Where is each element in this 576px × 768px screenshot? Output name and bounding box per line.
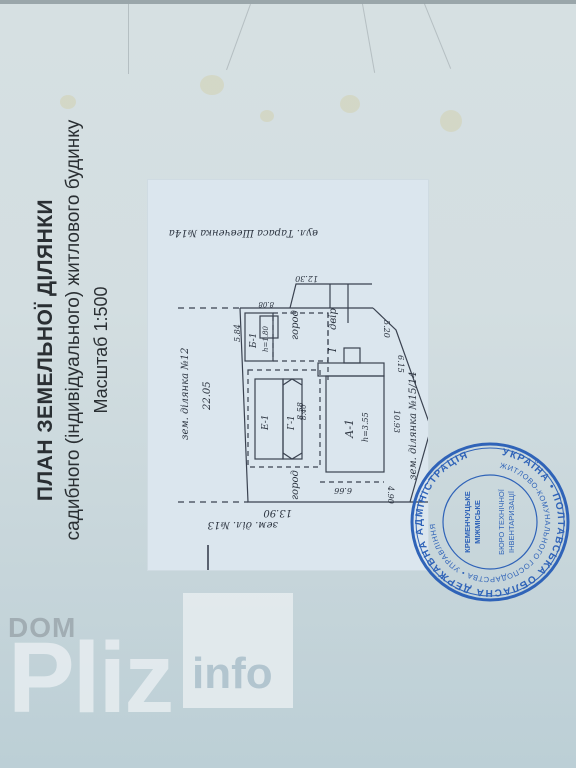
stamp-seal: УКРАЇНА • ПОЛТАВСЬКА ОБЛАСНА ДЕРЖАВНА АД… <box>405 440 575 605</box>
paper-crease <box>362 4 375 73</box>
stamp-center-line-2: МІЖМІСЬКЕ <box>473 500 482 544</box>
label-garden: город <box>290 310 301 340</box>
paper-crease <box>128 4 129 74</box>
dim-right-bottom: 10.93 <box>392 410 401 433</box>
label-building-b1: Б-1 <box>249 333 259 349</box>
label-street-top: вул. Тараса Шевченка №14а <box>169 227 318 238</box>
label-neighbor-bottom: зем. діл. №13 <box>208 519 278 530</box>
stamp-center-line-1: КРЕМЕНЧУЦЬКЕ <box>463 491 472 553</box>
label-building-a1-height: h=3.55 <box>361 412 370 442</box>
official-stamp: УКРАЇНА • ПОЛТАВСЬКА ОБЛАСНА ДЕРЖАВНА АД… <box>405 440 575 605</box>
dim-bottom: 13.90 <box>263 507 292 518</box>
paper-stain <box>340 95 360 113</box>
label-yard: двір <box>328 308 339 330</box>
stamp-center-line-4: ІНВЕНТАРИЗАЦІЇ <box>507 490 516 553</box>
dim-inner-1: 8.40 <box>300 404 308 420</box>
paper-stain <box>200 75 224 95</box>
document-subtitle: садибного (індивідуального) житлового бу… <box>60 120 88 541</box>
label-vegetable: город <box>290 470 301 500</box>
dim-right-diag: 6.15 <box>396 355 405 373</box>
paper-top-edge <box>0 0 576 4</box>
dim-right-top: 5.20 <box>382 320 391 338</box>
dim-right-low: 4.90 <box>386 485 395 504</box>
label-building-a1: А-1 <box>343 419 356 439</box>
paper-stain <box>440 110 462 132</box>
dim-left-top: 5.84 <box>233 324 242 342</box>
label-building-e1: Е-1 <box>261 415 271 431</box>
document-scale: Масштаб 1:500 <box>88 286 114 413</box>
stamp-center-line-3: БЮРО ТЕХНІЧНОЇ <box>497 488 506 555</box>
document-title: ПЛАН ЗЕМЕЛЬНОЇ ДІЛЯНКИ <box>32 199 60 501</box>
label-neighbor-left: зем. ділянка №12 <box>180 348 191 440</box>
label-building-b1-height: h=1.80 <box>262 325 270 352</box>
dim-top-2: 8.08 <box>258 300 274 308</box>
watermark-logo: Pliz <box>8 628 172 728</box>
dim-house-bottom: 6.66 <box>334 486 352 495</box>
dim-top-1: 12.30 <box>295 274 318 283</box>
label-building-g1: Г-1 <box>287 415 297 431</box>
paper-crease <box>226 4 251 70</box>
title-block: ПЛАН ЗЕМЕЛЬНОЇ ДІЛЯНКИ садибного (індиві… <box>32 100 142 600</box>
site-plan-drawing: вул. Тараса Шевченка №14а зем. ділянка №… <box>148 180 428 570</box>
dim-left-side: 22.05 <box>202 381 213 411</box>
label-yard-numeral: I <box>328 347 339 353</box>
paper-stain <box>260 110 274 122</box>
site-plan-sheet: вул. Тараса Шевченка №14а зем. ділянка №… <box>148 180 428 570</box>
paper-crease <box>424 4 451 69</box>
watermark-info: info <box>192 652 273 696</box>
